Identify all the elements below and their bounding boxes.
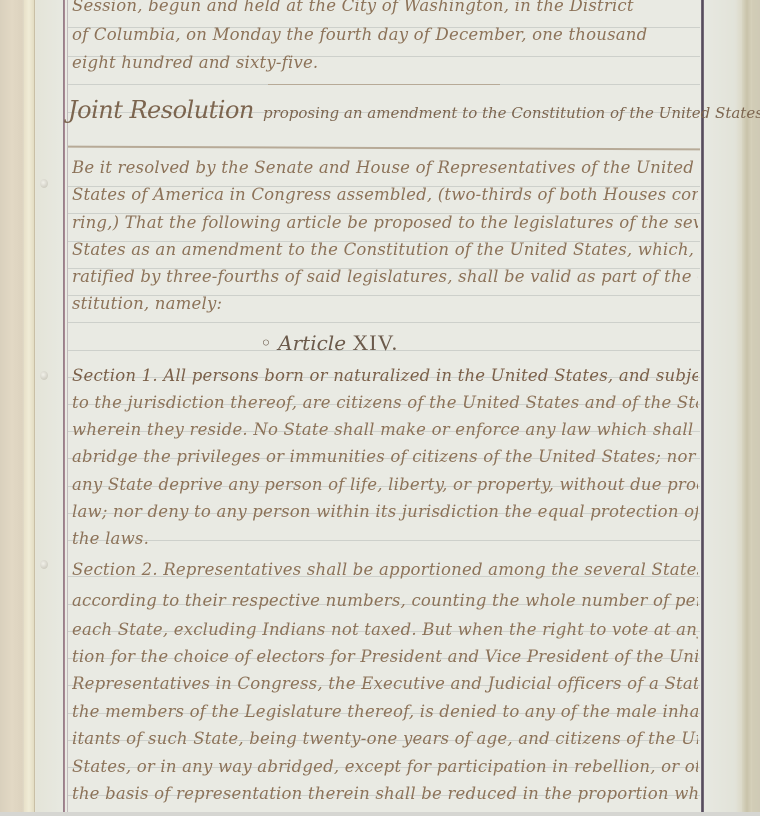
section-2-line: Representatives in Congress, the Executi…	[72, 674, 698, 693]
resolution-title: Joint Resolution proposing an amendment …	[68, 96, 760, 124]
section-2-line: the members of the Legislature thereof, …	[72, 702, 698, 721]
preamble-line: ratified by three-fourths of said legisl…	[72, 267, 698, 286]
section-2-line: itants of such State, being twenty-one y…	[72, 729, 698, 748]
section-2-line: according to their respective numbers, c…	[72, 591, 698, 610]
section-1-line: law; nor deny to any person within its j…	[72, 502, 698, 521]
ruled-line	[68, 322, 700, 323]
article-heading: ◦ Article XIV.	[260, 330, 398, 356]
article-numeral: XIV.	[352, 330, 398, 355]
section-1-line: to the jurisdiction thereof, are citizen…	[72, 393, 698, 412]
section-2-line: each State, excluding Indians not taxed.…	[72, 620, 698, 639]
section-1-line: Section 1. All persons born or naturaliz…	[72, 366, 698, 385]
section-2-line: Section 2. Representatives shall be appo…	[72, 560, 698, 579]
article-ornament: ◦	[260, 331, 278, 355]
article-word: Article	[278, 331, 346, 355]
preamble-line: States of America in Congress assembled,…	[72, 185, 698, 204]
section-1-line: the laws.	[72, 529, 698, 548]
section-2-line: the basis of representation therein shal…	[72, 784, 698, 803]
resolution-title-main: Joint Resolution	[68, 96, 254, 124]
section-2-line: States, or in any way abridged, except f…	[72, 757, 698, 776]
header-line: of Columbia, on Monday the fourth day of…	[72, 25, 698, 44]
header-line: Session, begun and held at the City of W…	[72, 0, 698, 15]
section-1-line: abridge the privileges or immunities of …	[72, 447, 698, 466]
binding-edge	[24, 0, 35, 812]
punch-hole	[40, 179, 48, 188]
punch-hole	[40, 371, 48, 380]
resolution-title-rest: proposing an amendment to the Constituti…	[263, 104, 760, 122]
preamble-line: States as an amendment to the Constituti…	[72, 240, 698, 259]
header-line: eight hundred and sixty-five.	[72, 53, 698, 72]
section-2-line: tion for the choice of electors for Pres…	[72, 647, 698, 666]
title-top-rule	[268, 84, 500, 85]
left-margin-line	[63, 0, 65, 812]
preamble-line: Be it resolved by the Senate and House o…	[72, 158, 698, 177]
section-1-line: wherein they reside. No State shall make…	[72, 420, 698, 439]
image-bottom-border	[0, 812, 760, 816]
punch-hole	[40, 560, 48, 569]
section-1-line: any State deprive any person of life, li…	[72, 475, 698, 494]
preamble-line: ring,) That the following article be pro…	[72, 213, 698, 232]
preamble-line: stitution, namely:	[72, 294, 698, 313]
